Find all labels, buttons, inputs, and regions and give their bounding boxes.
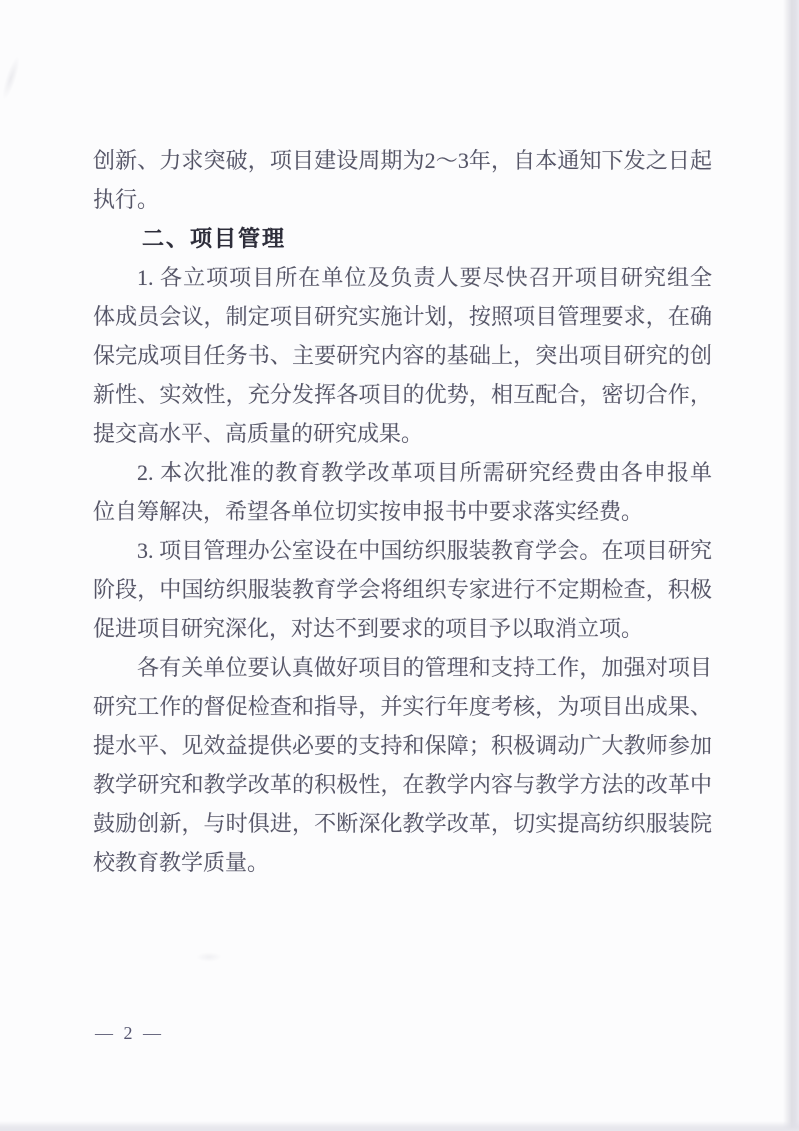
document-line: 提水平、见效益提供必要的支持和保障；积极调动广大教师参加 (93, 726, 712, 765)
document-line: 阶段，中国纺织服装教育学会将组织专家进行不定期检查，积极 (93, 570, 712, 609)
document-line: 促进项目研究深化，对达不到要求的项目予以取消立项。 (93, 609, 712, 648)
document-line: 执行。 (93, 180, 712, 219)
document-line: 教学研究和教学改革的积极性，在教学内容与教学方法的改革中 (93, 765, 712, 804)
document-line: 创新、力求突破，项目建设周期为2～3年，自本通知下发之日起 (93, 141, 712, 180)
scan-edge-bottom-shadow (0, 1121, 799, 1131)
scan-smudge (196, 952, 222, 962)
section-heading: 二、项目管理 (93, 219, 712, 258)
document-line: 保完成项目任务书、主要研究内容的基础上，突出项目研究的创 (93, 336, 712, 375)
document-line: 3. 项目管理办公室设在中国纺织服装教育学会。在项目研究 (93, 531, 712, 570)
document-line: 体成员会议，制定项目研究实施计划，按照项目管理要求，在确 (93, 297, 712, 336)
document-line: 2. 本次批准的教育教学改革项目所需研究经费由各申报单 (93, 453, 712, 492)
document-line: 各有关单位要认真做好项目的管理和支持工作，加强对项目 (93, 648, 712, 687)
document-line: 1. 各立项项目所在单位及负责人要尽快召开项目研究组全 (93, 258, 712, 297)
scan-edge-right-shadow (783, 0, 799, 1131)
scanned-document-page: 创新、力求突破，项目建设周期为2～3年，自本通知下发之日起 执行。 二、项目管理… (0, 0, 799, 1131)
scan-smudge (0, 55, 23, 102)
document-line: 位自筹解决，希望各单位切实按申报书中要求落实经费。 (93, 492, 712, 531)
document-line: 鼓励创新，与时俱进，不断深化教学改革，切实提高纺织服装院 (93, 804, 712, 843)
document-line: 研究工作的督促检查和指导，并实行年度考核，为项目出成果、 (93, 687, 712, 726)
document-line: 校教育教学质量。 (93, 843, 712, 882)
document-line: 提交高水平、高质量的研究成果。 (93, 414, 712, 453)
page-number: — 2 — (95, 1022, 164, 1044)
document-body: 创新、力求突破，项目建设周期为2～3年，自本通知下发之日起 执行。 二、项目管理… (93, 141, 712, 882)
document-line: 新性、实效性，充分发挥各项目的优势，相互配合，密切合作， (93, 375, 712, 414)
